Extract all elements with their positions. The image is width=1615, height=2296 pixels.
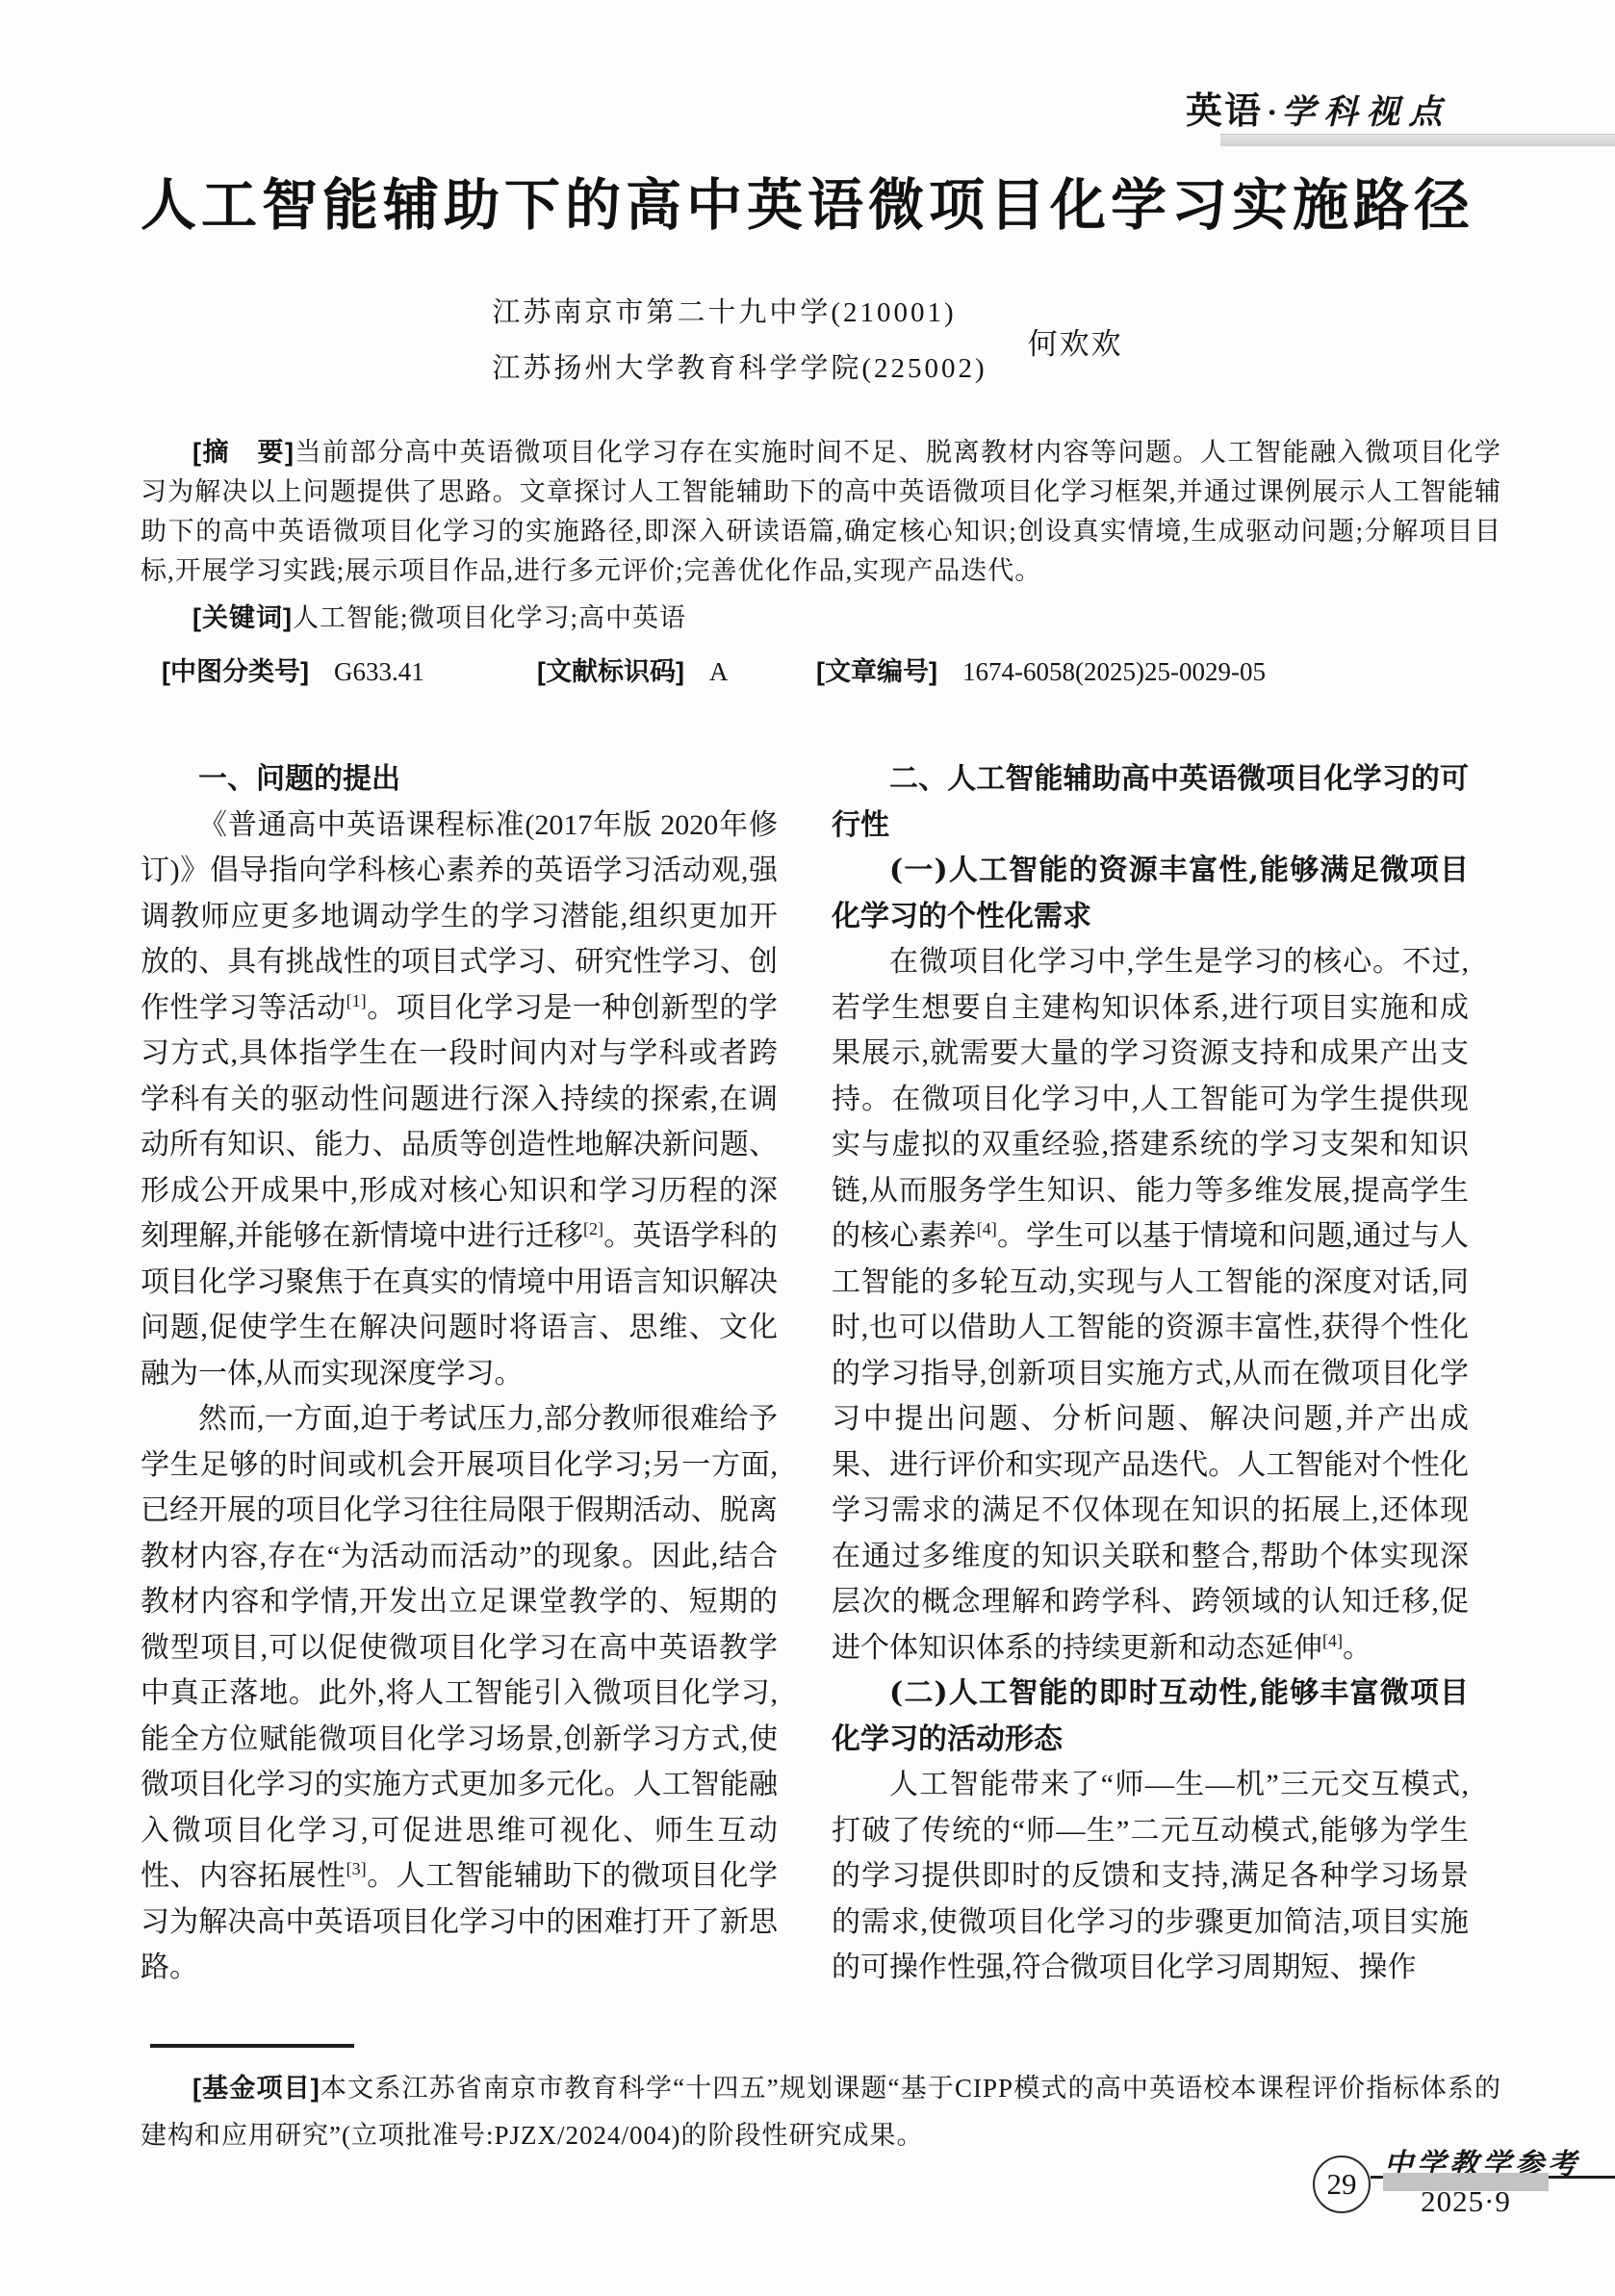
page-number-badge: 29: [1313, 2156, 1371, 2213]
left-column: 一、问题的提出 《普通高中英语课程标准(2017年版 2020年修订)》倡导指向…: [141, 756, 778, 1991]
subsection-heading-1: (一)人工智能的资源丰富性,能够满足微项目化学习的个性化需求: [832, 848, 1469, 939]
header-rule: [1220, 134, 1615, 146]
section-heading-2: 二、人工智能辅助高中英语微项目化学习的可行性: [832, 756, 1469, 848]
byline: 江苏南京市第二十九中学(210001) 江苏扬州大学教育科学学院(225002)…: [0, 285, 1615, 396]
fund-project-label: [基金项目]: [192, 2074, 320, 2103]
author-name: 何欢欢: [1028, 319, 1123, 363]
footnote-rule: [150, 2044, 354, 2048]
keywords-label: [关键词]: [192, 603, 293, 632]
document-code-value: A: [709, 657, 729, 686]
article-id: [文章编号]1674-6058(2025)25-0029-05: [816, 651, 1266, 688]
fund-project-text: 本文系江苏省南京市教育科学“十四五”规划课题“基于CIPP模式的高中英语校本课程…: [141, 2074, 1501, 2150]
section-label: 英语·学科视点: [1186, 81, 1450, 134]
abstract: [摘 要]当前部分高中英语微项目化学习存在实施时间不足、脱离教材内容等问题。人工…: [141, 433, 1501, 591]
meta-row: [中图分类号]G633.41 [文献标识码]A [文章编号]1674-6058(…: [141, 651, 1501, 693]
clc-value: G633.41: [334, 657, 424, 686]
section-heading-1: 一、问题的提出: [141, 756, 778, 803]
section-label-column: 学科视点: [1281, 92, 1450, 132]
document-code-label: [文献标识码]: [537, 657, 684, 686]
affiliation-2: 江苏扬州大学教育科学学院(225002): [492, 341, 987, 396]
article-title: 人工智能辅助下的高中英语微项目化学习实施路径: [0, 160, 1615, 241]
article-id-label: [文章编号]: [816, 657, 937, 686]
document-code: [文献标识码]A: [537, 651, 728, 688]
keywords: [关键词]人工智能;微项目化学习;高中英语: [141, 599, 1501, 638]
affiliation-1: 江苏南京市第二十九中学(210001): [492, 285, 987, 341]
section-label-subject: 英语: [1186, 91, 1263, 132]
abstract-label: [摘 要]: [192, 438, 295, 467]
abstract-text: 当前部分高中英语微项目化学习存在实施时间不足、脱离教材内容等问题。人工智能融入微…: [141, 438, 1501, 585]
issue-number: 2025·9: [1383, 2184, 1549, 2219]
paragraph: 然而,一方面,迫于考试压力,部分教师很难给予学生足够的时间或机会开展项目化学习;…: [141, 1396, 778, 1991]
journal-page: 英语·学科视点 人工智能辅助下的高中英语微项目化学习实施路径 江苏南京市第二十九…: [0, 0, 1615, 2296]
subsection-heading-2: (二)人工智能的即时互动性,能够丰富微项目化学习的活动形态: [832, 1671, 1469, 1762]
article-id-value: 1674-6058(2025)25-0029-05: [962, 657, 1266, 686]
paragraph: 《普通高中英语课程标准(2017年版 2020年修订)》倡导指向学科核心素养的英…: [141, 803, 778, 1397]
section-label-separator: ·: [1263, 95, 1281, 131]
affiliations: 江苏南京市第二十九中学(210001) 江苏扬州大学教育科学学院(225002): [492, 285, 987, 396]
paragraph: 在微项目化学习中,学生是学习的核心。不过,若学生想要自主建构知识体系,进行项目实…: [832, 939, 1469, 1671]
right-column: 二、人工智能辅助高中英语微项目化学习的可行性 (一)人工智能的资源丰富性,能够满…: [832, 756, 1469, 1991]
clc-number: [中图分类号]G633.41: [162, 651, 424, 688]
paragraph: 人工智能带来了“师—生—机”三元交互模式,打破了传统的“师—生”二元互动模式,能…: [832, 1762, 1469, 1991]
keywords-text: 人工智能;微项目化学习;高中英语: [293, 603, 686, 632]
fund-project-note: [基金项目]本文系江苏省南京市教育科学“十四五”规划课题“基于CIPP模式的高中…: [141, 2065, 1501, 2159]
clc-label: [中图分类号]: [162, 657, 309, 686]
article-body: 一、问题的提出 《普通高中英语课程标准(2017年版 2020年修订)》倡导指向…: [141, 756, 1469, 1991]
